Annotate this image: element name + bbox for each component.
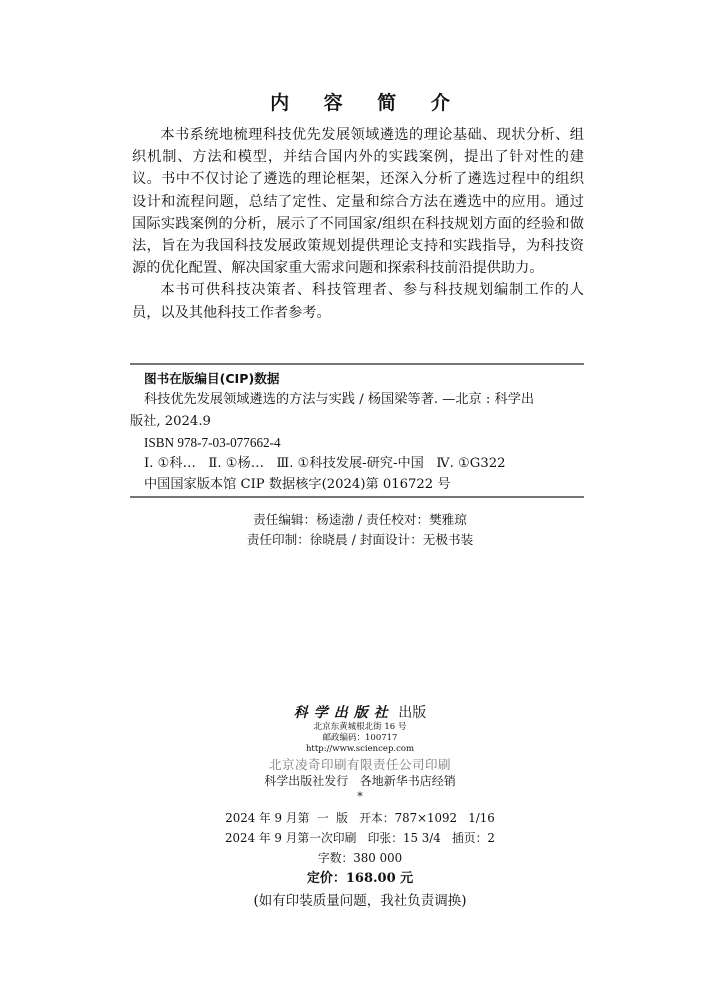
cip-bottom-divider bbox=[130, 496, 584, 498]
cip-line: ISBN 978-7-03-077662-4 bbox=[130, 432, 584, 453]
credit-line: 责任编辑：杨逵渤 / 责任校对：樊雅琼 bbox=[0, 510, 720, 530]
cip-top-divider bbox=[130, 363, 584, 365]
editorial-credits: 责任编辑：杨逵渤 / 责任校对：樊雅琼 责任印制：徐晓晨 / 封面设计：无极书装 bbox=[0, 510, 720, 550]
cip-line: 科技优先发展领域遴选的方法与实践 / 杨国梁等著. —北京 : 科学出 bbox=[130, 389, 584, 410]
page-title: 内 容 简 介 bbox=[0, 88, 720, 115]
edition-line: 2024 年 9 月第 一 版 开本：787×1092 1/16 bbox=[0, 808, 720, 828]
publisher-logo: 科学出版社 bbox=[294, 705, 394, 721]
cip-line: 版社, 2024.9 bbox=[130, 411, 584, 432]
cip-line: 中国国家版本馆 CIP 数据核字(2024)第 016722 号 bbox=[130, 474, 584, 495]
book-summary: 本书系统地梳理科技优先发展领域遴选的理论基础、现状分析、组织机制、方法和模型，并… bbox=[132, 124, 584, 324]
word-count: 字数：380 000 bbox=[0, 848, 720, 868]
summary-paragraph: 本书可供科技决策者、科技管理者、参与科技规划编制工作的人员，以及其他科技工作者参… bbox=[132, 279, 584, 323]
price: 定价：168.00 元 bbox=[0, 868, 720, 890]
cip-heading: 图书在版编目(CIP)数据 bbox=[130, 368, 584, 389]
distribution-line: 科学出版社发行 各地新华书店经销 bbox=[0, 773, 720, 790]
publisher-website: http://www.sciencep.com bbox=[0, 744, 720, 755]
publisher-block: 科学出版社 出版 北京东黄城根北街 16 号 邮政编码：100717 http:… bbox=[0, 704, 720, 804]
separator-asterisk: * bbox=[0, 790, 720, 804]
publisher-suffix: 出版 bbox=[398, 705, 426, 721]
cip-data-block: 图书在版编目(CIP)数据 科技优先发展领域遴选的方法与实践 / 杨国梁等著. … bbox=[130, 368, 584, 496]
quality-note: (如有印装质量问题，我社负责调换) bbox=[0, 890, 720, 912]
publication-specs: 2024 年 9 月第 一 版 开本：787×1092 1/16 2024 年 … bbox=[0, 808, 720, 912]
publisher-postcode: 邮政编码：100717 bbox=[0, 733, 720, 744]
credit-line: 责任印制：徐晓晨 / 封面设计：无极书装 bbox=[0, 530, 720, 550]
cip-line: Ⅰ. ①科… Ⅱ. ①杨… Ⅲ. ①科技发展-研究-中国 Ⅳ. ①G322 bbox=[130, 453, 584, 474]
summary-paragraph: 本书系统地梳理科技优先发展领域遴选的理论基础、现状分析、组织机制、方法和模型，并… bbox=[132, 124, 584, 279]
printing-line: 2024 年 9 月第一次印刷 印张：15 3/4 插页：2 bbox=[0, 828, 720, 848]
publisher-address: 北京东黄城根北街 16 号 bbox=[0, 722, 720, 733]
printer-line: 北京凌奇印刷有限责任公司印刷 bbox=[0, 756, 720, 773]
